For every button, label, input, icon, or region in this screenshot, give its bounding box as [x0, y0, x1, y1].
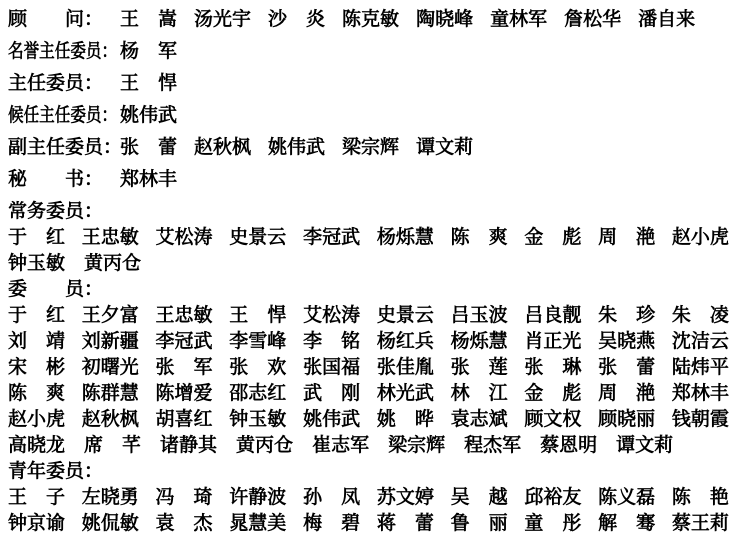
member-name: 宋 彬	[8, 357, 65, 379]
member-name: 陈 爽	[451, 227, 508, 249]
roster-line-honorary-chair: 名誉主任委员：杨 军	[8, 41, 729, 63]
member-name: 陶晓峰	[416, 9, 473, 31]
member-row: 钟玉敏黄丙仓	[8, 253, 729, 275]
member-name: 童林军	[490, 9, 547, 31]
member-name: 谭文莉	[416, 137, 473, 159]
member-name: 张国福	[303, 357, 360, 379]
member-name: 邱裕友	[524, 487, 581, 509]
member-name: 刘 靖	[8, 331, 65, 353]
member-name: 武 刚	[303, 383, 360, 405]
member-name: 初曙光	[82, 357, 139, 379]
member-name: 潘自来	[638, 9, 695, 31]
member-name: 张 欢	[229, 357, 286, 379]
member-name: 陈群慧	[82, 383, 139, 405]
names-group: 姚伟武	[120, 105, 177, 127]
member-row: 钟京谕姚侃敏袁 杰晁慧美梅 碧蒋 蕾鲁 丽童 彤解 骞蔡王莉	[8, 513, 729, 535]
names-group: 王 悍	[120, 73, 177, 95]
member-name: 钱朝霞	[672, 409, 729, 431]
member-name: 钟京谕	[8, 513, 65, 535]
member-name: 蔡恩明	[540, 435, 597, 457]
member-name: 杨烁慧	[377, 227, 434, 249]
member-name: 晁慧美	[229, 513, 286, 535]
member-name: 冯 琦	[156, 487, 213, 509]
member-name: 钟玉敏	[8, 253, 65, 275]
member-name: 郑林丰	[672, 383, 729, 405]
member-name: 黄丙仓	[84, 253, 141, 275]
role-label-honorary-chair: 名誉主任委员：	[8, 41, 100, 63]
member-name: 张 蕾	[120, 137, 177, 159]
names-group: 郑林丰	[120, 169, 177, 191]
member-name: 胡喜红	[156, 409, 213, 431]
member-name: 姚伟武	[120, 105, 177, 127]
member-name: 赵小虎	[672, 227, 729, 249]
member-name: 钟玉敏	[229, 409, 286, 431]
member-name: 王夕富	[82, 305, 139, 327]
member-name: 程杰军	[464, 435, 521, 457]
member-row: 赵小虎赵秋枫胡喜红钟玉敏姚伟武姚 晔袁志斌顾文权顾晓丽钱朝霞	[8, 409, 729, 431]
role-label-secretary: 秘 书：	[8, 169, 120, 191]
member-name: 王 悍	[120, 73, 177, 95]
member-name: 沈洁云	[672, 331, 729, 353]
member-name: 李冠武	[156, 331, 213, 353]
member-name: 艾松涛	[156, 227, 213, 249]
member-name: 赵秋枫	[194, 137, 251, 159]
member-name: 陈 艳	[672, 487, 729, 509]
member-name: 梁宗辉	[342, 137, 399, 159]
member-name: 林光武	[377, 383, 434, 405]
member-name: 许静波	[229, 487, 286, 509]
roster-line-chair-elect: 候任主任委员：姚伟武	[8, 105, 729, 127]
member-name: 周 滟	[598, 383, 655, 405]
member-name: 史景云	[377, 305, 434, 327]
member-name: 陈增爱	[156, 383, 213, 405]
member-row: 于 红王忠敏艾松涛史景云李冠武杨烁慧陈 爽金 彪周 滟赵小虎	[8, 227, 729, 249]
member-row: 高晓龙席 芊诸静其黄丙仓崔志军梁宗辉程杰军蔡恩明谭文莉	[8, 435, 729, 457]
member-name: 姚伟武	[268, 137, 325, 159]
member-name: 高晓龙	[8, 435, 65, 457]
committee-roster-document: 顾 问：王 嵩汤光宇沙 炎陈克敏陶晓峰童林军詹松华潘自来名誉主任委员：杨 军主任…	[0, 0, 737, 547]
member-name: 姚 晔	[377, 409, 434, 431]
member-row: 陈 爽陈群慧陈增爱邵志红武 刚林光武林 江金 彪周 滟郑林丰	[8, 383, 729, 405]
member-name: 顾晓丽	[598, 409, 655, 431]
member-name: 苏文婷	[377, 487, 434, 509]
role-label-vice-chairs: 副主任委员：	[8, 137, 120, 159]
section-line-committee: 委 员：	[8, 279, 729, 301]
member-name: 姚侃敏	[82, 513, 139, 535]
section-label-committee: 委 员：	[8, 279, 103, 301]
member-name: 解 骞	[598, 513, 655, 535]
member-name: 梁宗辉	[388, 435, 445, 457]
member-name: 金 彪	[524, 227, 581, 249]
member-name: 杨红兵	[377, 331, 434, 353]
role-label-chair-elect: 候任主任委员：	[8, 105, 100, 127]
member-name: 杨 军	[120, 41, 177, 63]
member-name: 蔡王莉	[672, 513, 729, 535]
member-name: 王 嵩	[120, 9, 177, 31]
names-group: 王 嵩汤光宇沙 炎陈克敏陶晓峰童林军詹松华潘自来	[120, 9, 695, 31]
member-name: 朱 凌	[672, 305, 729, 327]
roster-line-secretary: 秘 书：郑林丰	[8, 169, 729, 191]
member-name: 朱 珍	[598, 305, 655, 327]
member-name: 左晓勇	[82, 487, 139, 509]
member-name: 蒋 蕾	[377, 513, 434, 535]
member-row: 宋 彬初曙光张 军张 欢张国福张佳胤张 莲张 琳张 蕾陆炜平	[8, 357, 729, 379]
member-name: 李 铭	[303, 331, 360, 353]
member-name: 张 琳	[524, 357, 581, 379]
member-name: 席 芊	[84, 435, 141, 457]
member-name: 金 彪	[524, 383, 581, 405]
member-name: 于 红	[8, 305, 65, 327]
section-line-youth-committee: 青年委员：	[8, 461, 729, 483]
member-name: 黄丙仓	[236, 435, 293, 457]
member-name: 童 彤	[524, 513, 581, 535]
member-name: 鲁 丽	[451, 513, 508, 535]
member-name: 吴 越	[451, 487, 508, 509]
member-name: 王 子	[8, 487, 65, 509]
member-name: 张 蕾	[598, 357, 655, 379]
member-name: 詹松华	[564, 9, 621, 31]
section-label-standing-committee: 常务委员：	[8, 201, 103, 223]
member-name: 刘新疆	[82, 331, 139, 353]
member-name: 袁志斌	[451, 409, 508, 431]
member-name: 周 滟	[598, 227, 655, 249]
member-name: 于 红	[8, 227, 65, 249]
member-name: 郑林丰	[120, 169, 177, 191]
member-name: 姚伟武	[303, 409, 360, 431]
names-group: 杨 军	[120, 41, 177, 63]
member-name: 王 悍	[229, 305, 286, 327]
section-label-youth-committee: 青年委员：	[8, 461, 103, 483]
member-name: 赵秋枫	[82, 409, 139, 431]
member-name: 沙 炎	[268, 9, 325, 31]
member-row: 于 红王夕富王忠敏王 悍艾松涛史景云吕玉波吕良靓朱 珍朱 凌	[8, 305, 729, 327]
member-name: 张 莲	[451, 357, 508, 379]
member-name: 吕良靓	[524, 305, 581, 327]
names-group: 张 蕾赵秋枫姚伟武梁宗辉谭文莉	[120, 137, 473, 159]
member-row: 王 子左晓勇冯 琦许静波孙 凤苏文婷吴 越邱裕友陈义磊陈 艳	[8, 487, 729, 509]
member-name: 谭文莉	[616, 435, 673, 457]
member-name: 袁 杰	[156, 513, 213, 535]
member-name: 李冠武	[303, 227, 360, 249]
member-name: 林 江	[451, 383, 508, 405]
member-name: 诸静其	[160, 435, 217, 457]
roster-line-vice-chairs: 副主任委员：张 蕾赵秋枫姚伟武梁宗辉谭文莉	[8, 137, 729, 159]
member-row: 刘 靖刘新疆李冠武李雪峰李 铭杨红兵杨烁慧肖正光吴晓燕沈洁云	[8, 331, 729, 353]
roster-line-chair: 主任委员：王 悍	[8, 73, 729, 95]
member-name: 顾文权	[524, 409, 581, 431]
member-name: 艾松涛	[303, 305, 360, 327]
member-name: 张佳胤	[377, 357, 434, 379]
member-name: 王忠敏	[156, 305, 213, 327]
section-line-standing-committee: 常务委员：	[8, 201, 729, 223]
member-name: 李雪峰	[229, 331, 286, 353]
member-name: 陈 爽	[8, 383, 65, 405]
member-name: 陈克敏	[342, 9, 399, 31]
member-name: 崔志军	[312, 435, 369, 457]
member-name: 吕玉波	[451, 305, 508, 327]
member-name: 王忠敏	[82, 227, 139, 249]
member-name: 赵小虎	[8, 409, 65, 431]
member-name: 陈义磊	[598, 487, 655, 509]
roster-line-advisors: 顾 问：王 嵩汤光宇沙 炎陈克敏陶晓峰童林军詹松华潘自来	[8, 9, 729, 31]
member-name: 汤光宇	[194, 9, 251, 31]
member-name: 邵志红	[229, 383, 286, 405]
member-name: 史景云	[229, 227, 286, 249]
role-label-chair: 主任委员：	[8, 73, 120, 95]
member-name: 肖正光	[524, 331, 581, 353]
member-name: 张 军	[156, 357, 213, 379]
member-name: 陆炜平	[672, 357, 729, 379]
member-name: 孙 凤	[303, 487, 360, 509]
member-name: 杨烁慧	[451, 331, 508, 353]
member-name: 梅 碧	[303, 513, 360, 535]
role-label-advisors: 顾 问：	[8, 9, 120, 31]
member-name: 吴晓燕	[598, 331, 655, 353]
